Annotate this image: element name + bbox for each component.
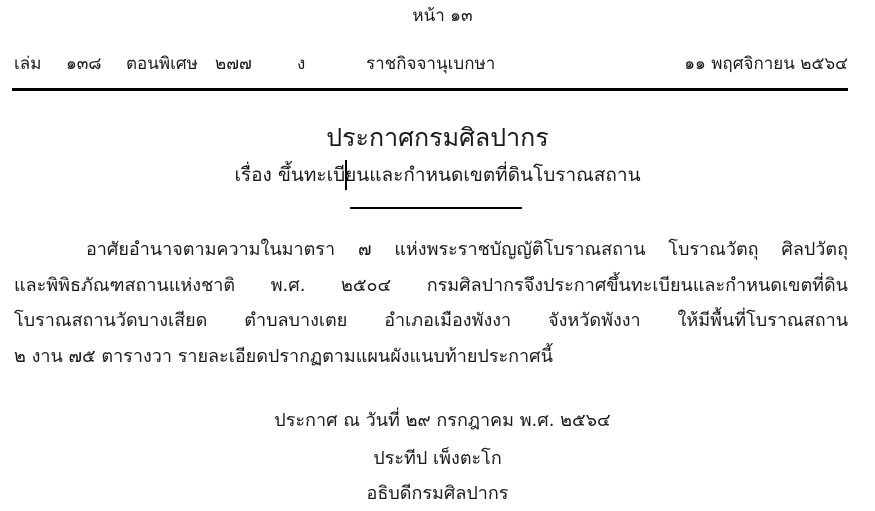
publication-date: ๑๑ พฤศจิกายน ๒๕๖๔ [684,50,848,77]
announcement-subject[interactable]: เรื่อง ขึ้นทะเบียนและกำหนดเขตที่ดินโบราณ… [0,160,875,190]
page-number: หน้า ๑๓ [0,2,875,29]
signatory-name: ประทีป เพ็งตะโก [0,443,875,472]
announcement-body: อาศัยอำนาจตามความในมาตรา ๗ แห่งพระราชบัญ… [14,232,848,374]
announcement-date: ประกาศ ณ วันที่ ๒๙ กรกฎาคม พ.ศ. ๒๕๖๔ [0,405,875,434]
issue-number: ๒๗๗ [215,50,252,77]
volume-number: ๑๓๘ [66,50,102,77]
text-cursor [345,160,347,190]
signatory-position: อธิบดีกรมศิลปากร [0,478,875,507]
announcement-title: ประกาศกรมศิลปากร [0,118,875,158]
body-line: อาศัยอำนาจตามความในมาตรา ๗ แห่งพระราชบัญ… [14,232,848,268]
issue-label: ตอนพิเศษ [126,50,198,77]
header-divider [12,88,848,91]
gazette-name: ราชกิจจานุเบกษา [366,50,495,77]
body-line: ๒ งาน ๗๕ ตารางวา รายละเอียดปรากฏตามแผนผั… [14,339,848,375]
body-line: โบราณสถานวัดบางเสียด ตำบลบางเตย อำเภอเมื… [14,303,848,339]
issue-suffix: ง [297,50,305,77]
gazette-header: เล่ม ๑๓๘ ตอนพิเศษ ๒๗๗ ง ราชกิจจานุเบกษา … [14,50,848,80]
subject-divider [350,207,522,209]
volume-label: เล่ม [14,50,41,77]
body-line: และพิพิธภัณฑสถานแห่งชาติ พ.ศ. ๒๕๐๔ กรมศิ… [14,268,848,304]
